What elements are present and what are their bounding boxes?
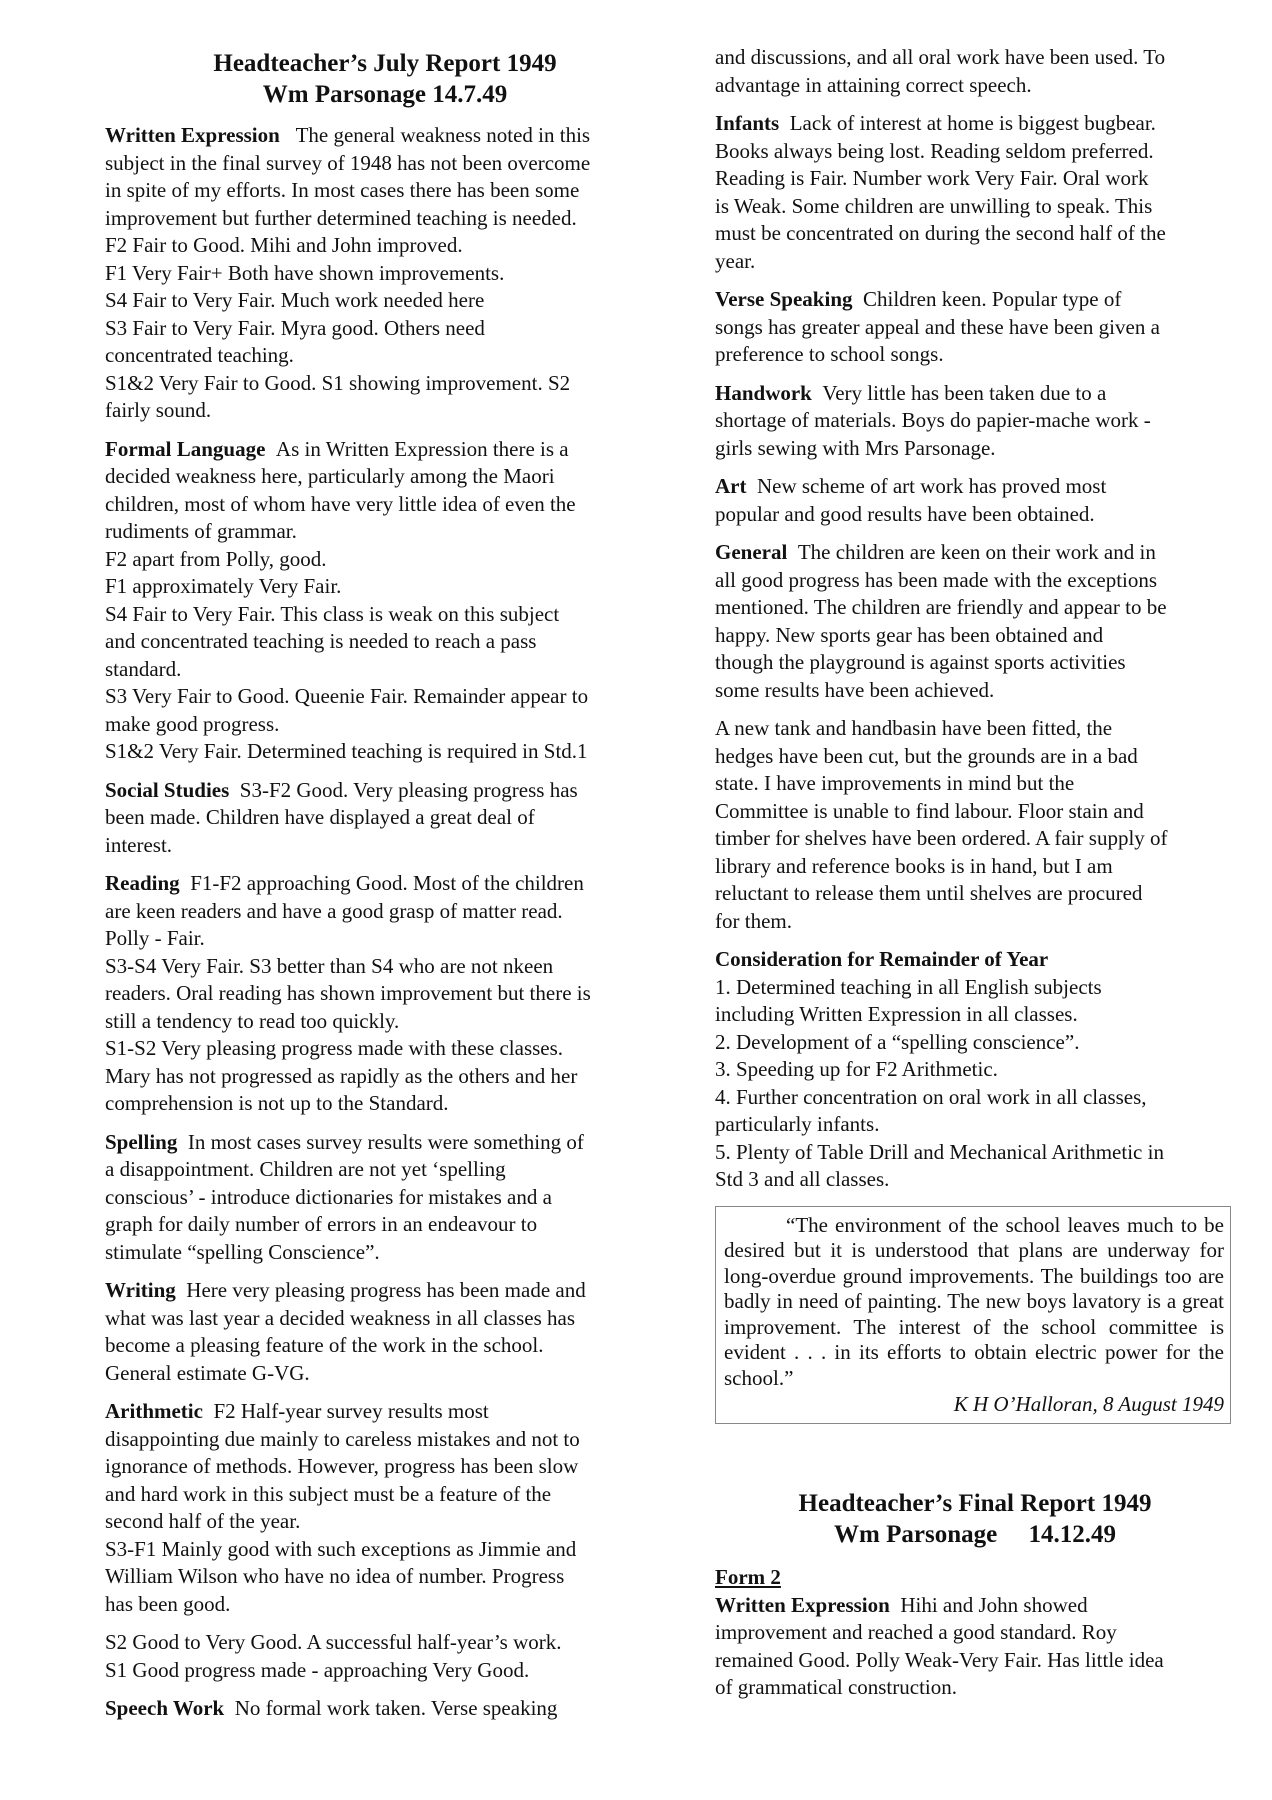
inspector-quote-attribution: K H O’Halloran, 8 August 1949 — [724, 1392, 1224, 1418]
section-grounds: A new tank and handbasin have been fitte… — [715, 715, 1235, 935]
inspector-quote-box: “The environment of the school leaves mu… — [715, 1206, 1231, 1425]
section-heading: Formal Language — [105, 437, 265, 461]
section-heading: Writing — [105, 1278, 176, 1302]
final-report-title: Headteacher’s Final Report 1949 Wm Parso… — [715, 1488, 1235, 1550]
section-heading: Arithmetic — [105, 1399, 203, 1423]
section-reading: Reading F1-F2 approaching Good. Most of … — [105, 870, 665, 1118]
section-spelling: Spelling In most cases survey results we… — [105, 1129, 665, 1267]
section-heading: Art — [715, 474, 746, 498]
july-report-title-line1: Headteacher’s July Report 1949 — [105, 48, 665, 79]
right-column: and discussions, and all oral work have … — [715, 0, 1235, 1713]
july-report-title-line2: Wm Parsonage 14.7.49 — [105, 79, 665, 110]
section-final-form2: Form 2 Written Expression Hihi and John … — [715, 1564, 1235, 1702]
section-heading: General — [715, 540, 787, 564]
section-general: General The children are keen on their w… — [715, 539, 1235, 704]
consideration-heading: Consideration for Remainder of Year — [715, 946, 1235, 974]
final-report-header: Headteacher’s Final Report 1949 Wm Parso… — [715, 1488, 1235, 1550]
list-item: 3. Speeding up for F2 Arithmetic. — [715, 1056, 1235, 1084]
list-item: 5. Plenty of Table Drill and Mechanical … — [715, 1139, 1235, 1167]
section-heading: Spelling — [105, 1130, 177, 1154]
section-heading: Speech Work — [105, 1696, 224, 1720]
section-formal-language: Formal Language As in Written Expression… — [105, 436, 665, 766]
list-item: 1. Determined teaching in all English su… — [715, 974, 1235, 1002]
section-arithmetic: Arithmetic F2 Half-year survey results m… — [105, 1398, 665, 1684]
final-report-title-line1: Headteacher’s Final Report 1949 — [715, 1488, 1235, 1519]
section-heading: Handwork — [715, 381, 812, 405]
final-report-title-line2: Wm Parsonage 14.12.49 — [715, 1519, 1235, 1550]
section-heading: Written Expression — [105, 123, 280, 147]
inspector-quote-text: “The environment of the school leaves mu… — [724, 1213, 1224, 1392]
section-consideration: Consideration for Remainder of Year 1. D… — [715, 946, 1235, 1194]
section-infants: Infants Lack of interest at home is bigg… — [715, 110, 1235, 275]
section-speech-work-continued: and discussions, and all oral work have … — [715, 44, 1235, 99]
form-2-label: Form 2 — [715, 1564, 1235, 1592]
section-verse-speaking: Verse Speaking Children keen. Popular ty… — [715, 286, 1235, 369]
section-speech-work: Speech Work No formal work taken. Verse … — [105, 1695, 665, 1723]
section-heading: Verse Speaking — [715, 287, 853, 311]
left-column: Headteacher’s July Report 1949 Wm Parson… — [105, 0, 665, 1734]
section-social-studies: Social Studies S3-F2 Good. Very pleasing… — [105, 777, 665, 860]
list-item: 4. Further concentration on oral work in… — [715, 1084, 1235, 1112]
section-handwork: Handwork Very little has been taken due … — [715, 380, 1235, 463]
list-item: 2. Development of a “spelling conscience… — [715, 1029, 1235, 1057]
july-report-title: Headteacher’s July Report 1949 Wm Parson… — [105, 48, 665, 110]
section-heading: Infants — [715, 111, 779, 135]
section-heading: Reading — [105, 871, 180, 895]
section-writing: Writing Here very pleasing progress has … — [105, 1277, 665, 1387]
section-heading: Written Expression — [715, 1593, 890, 1617]
section-heading: Social Studies — [105, 778, 229, 802]
section-written-expression: Written Expression The general weakness … — [105, 122, 665, 425]
section-art: Art New scheme of art work has proved mo… — [715, 473, 1235, 528]
